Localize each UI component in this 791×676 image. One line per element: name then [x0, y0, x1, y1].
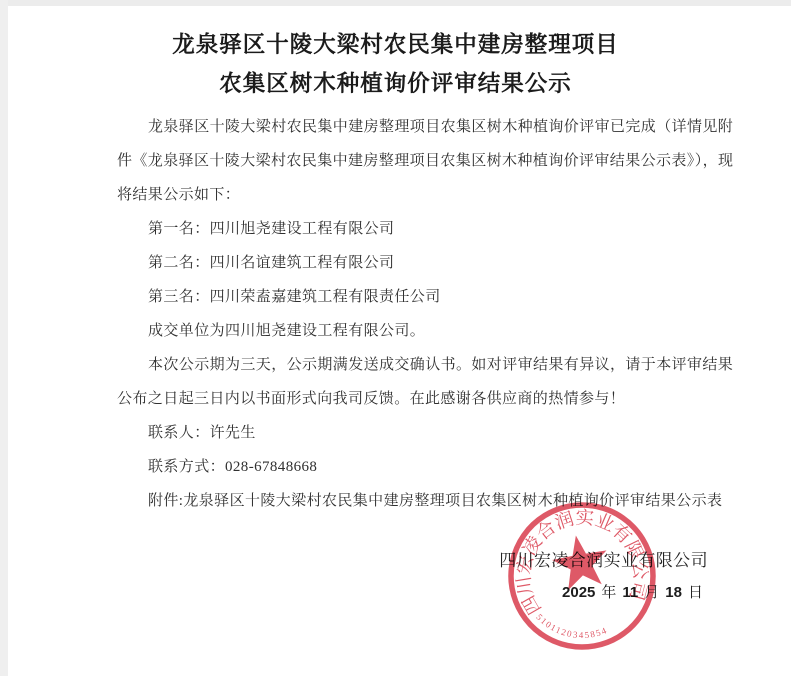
body-line: 将结果公示如下： [117, 178, 737, 212]
seal-serial-number: 5101120345854 [533, 601, 609, 649]
body-line: 本次公示期为三天，公示期满发送成交确认书。如对评审结果有异议，请于本评审结果 [117, 348, 737, 382]
ranking-first-line: 第一名：四川旭尧建设工程有限公司 [117, 212, 737, 246]
body-line: 件《龙泉驿区十陵大梁村农民集中建房整理项目农集区树木种植询价评审结果公示表》），… [117, 144, 737, 178]
contact-person-line: 联系人：许先生 [117, 416, 737, 450]
document-body: 龙泉驿区十陵大梁村农民集中建房整理项目农集区树木种植询价评审已完成（详情见附 件… [117, 110, 737, 518]
page-edge-left [0, 0, 8, 676]
document-title-line2: 农集区树木种植询价评审结果公示 [0, 66, 791, 98]
signature-date-day-label: 日 [688, 585, 703, 601]
notice-document: 龙泉驿区十陵大梁村农民集中建房整理项目 农集区树木种植询价评审结果公示 龙泉驿区… [0, 0, 791, 676]
seal-star-icon [549, 531, 612, 592]
body-line: 龙泉驿区十陵大梁村农民集中建房整理项目农集区树木种植询价评审已完成（详情见附 [117, 110, 737, 144]
awarded-company-line: 成交单位为四川旭尧建设工程有限公司。 [117, 314, 737, 348]
company-seal: 四川宏凌合润实业有限公司 5101120345854 [477, 471, 687, 676]
page-edge-top [0, 0, 791, 6]
body-line: 公布之日起三日内以书面形式向我司反馈。在此感谢各供应商的热情参与！ [117, 382, 737, 416]
document-title-line1: 龙泉驿区十陵大梁村农民集中建房整理项目 [0, 27, 791, 59]
ranking-second-line: 第二名：四川名谊建筑工程有限公司 [117, 246, 737, 280]
ranking-third-line: 第三名：四川荣盍嘉建筑工程有限责任公司 [117, 280, 737, 314]
